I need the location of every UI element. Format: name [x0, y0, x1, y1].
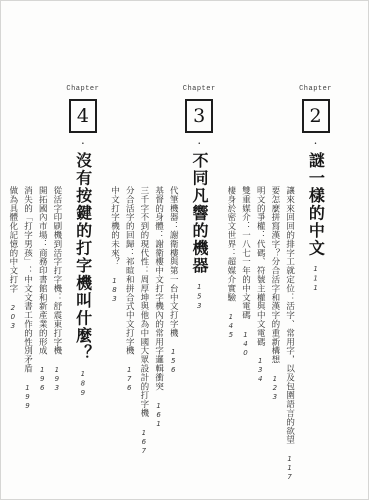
chapter-sections: 代筆機器：謝衛樓與第一台中文打字機 156 基督的身體：謝衛樓中文打字機內的常用… [109, 85, 178, 481]
toc-entry-page: 140 [242, 331, 250, 358]
toc-entry-text: 開拓國內市場：商務印書館和新產業的形成 [37, 186, 47, 355]
chapter-title-column: Chapter 3 ・ 不同凡響的機器 153 [183, 85, 216, 481]
toc-entry-page: 161 [155, 402, 163, 429]
toc-entry: 明文的爭權：代碼、符號主權與中文電碼 134 [255, 186, 265, 481]
title-bullet-icon: ・ [79, 138, 87, 149]
chapter-title-column: Chapter 4 ・ 沒有按鍵的打字機叫什麼？ 189 [66, 85, 99, 481]
toc-entry: 開拓國內市場：商務印書館和新產業的形成 196 [37, 186, 47, 481]
chapter-sections: 從活字印刷機到活字打字機：舒震東打字機 193 開拓國內市場：商務印書館和新產業… [8, 85, 62, 481]
toc-entry-page: 203 [9, 304, 17, 331]
toc-entry: 雙重媒介：一八七一年的中文電碼 140 [240, 186, 250, 481]
chapter-number-box: 2 [302, 99, 330, 133]
toc-entry-text: 中文打字機的未來？ [110, 186, 120, 266]
chapter-page-number: 189 [79, 370, 87, 399]
toc-entry-text: 代筆機器：謝衛樓與第一台中文打字機 [168, 186, 178, 337]
toc-entry-page: 193 [53, 366, 61, 393]
toc-entry-page: 123 [271, 375, 279, 402]
chapter-number: 3 [193, 107, 205, 126]
toc-entry-text: 讓來來回回的排字工就定位：活字、常用字，以及包圍語言的欲望 [285, 186, 295, 444]
toc-entry-text: 從活字印刷機到活字打字機：舒震東打字機 [52, 186, 62, 355]
chapter-page-number: 111 [312, 265, 320, 294]
chapter-group-2: Chapter 2 ・ 謎一樣的中文 111 讓來來回回的排字工就定位：活字、常… [226, 85, 332, 481]
chapter-number-box: 4 [69, 99, 97, 133]
chapter-title: 沒有按鍵的打字機叫什麼？ [74, 152, 92, 362]
toc-entry-page: 117 [286, 455, 294, 482]
toc-entry: 做為具體化記憶的中文打字 203 [8, 186, 18, 481]
chapter-label: Chapter [299, 85, 332, 93]
toc-entry-text: 棲身於密文世界：超媒介實驗 [226, 186, 236, 302]
toc-entry-text: 做為具體化記憶的中文打字 [8, 186, 18, 293]
chapter-label: Chapter [66, 85, 99, 93]
toc-entry-text: 基督的身體：謝衛樓中文打字機內的常用字邏輯衝突 [154, 186, 164, 391]
toc-entry: 要怎麼拼寫漢字？分合活字和漢字的重新構想 123 [270, 186, 280, 481]
toc-entry-page: 199 [24, 384, 32, 411]
chapter-page-number: 153 [195, 283, 203, 312]
toc-entry-page: 196 [38, 366, 46, 393]
toc-entry-page: 176 [125, 366, 133, 393]
toc-entry: 讓來來回回的排字工就定位：活字、常用字，以及包圍語言的欲望 117 [284, 186, 294, 481]
toc-entry-text: 明文的爭權：代碼、符號主權與中文電碼 [255, 186, 265, 346]
toc-page: Chapter 2 ・ 謎一樣的中文 111 讓來來回回的排字工就定位：活字、常… [0, 0, 369, 500]
chapter-title-column: Chapter 2 ・ 謎一樣的中文 111 [299, 85, 332, 481]
toc-entry-page: 183 [111, 277, 119, 304]
chapter-group-4: Chapter 4 ・ 沒有按鍵的打字機叫什麼？ 189 從活字印刷機到活字打字… [8, 85, 100, 481]
toc-entry: 消失的「打字男孩」：中文文書工作的性別矛盾 199 [22, 186, 32, 481]
toc-entry-page: 167 [140, 429, 148, 456]
toc-entry-page: 156 [169, 348, 177, 375]
chapter-number-box: 3 [185, 99, 213, 133]
toc-entry-page: 145 [227, 313, 235, 340]
toc-entry-text: 消失的「打字男孩」：中文文書工作的性別矛盾 [23, 186, 33, 373]
toc-entry-text: 三千字不到的現代性：周厚坤與他為中國大眾設計的打字機 [139, 186, 149, 417]
title-bullet-icon: ・ [195, 138, 203, 149]
chapter-label: Chapter [183, 85, 216, 93]
chapter-title: 不同凡響的機器 [190, 152, 208, 275]
toc-entry-text: 雙重媒介：一八七一年的中文電碼 [241, 186, 251, 320]
chapter-title: 謎一樣的中文 [307, 152, 325, 257]
toc-entry-page: 134 [256, 357, 264, 384]
toc-entry: 從活字印刷機到活字打字機：舒震東打字機 193 [52, 186, 62, 481]
toc-entry-text: 分合活字的回歸：祁暄和拼合式中文打字機 [124, 186, 134, 355]
toc-entry: 三千字不到的現代性：周厚坤與他為中國大眾設計的打字機 167 [139, 186, 149, 481]
toc-entry: 棲身於密文世界：超媒介實驗 145 [226, 186, 236, 481]
chapter-number: 4 [77, 107, 89, 126]
toc-entry: 基督的身體：謝衛樓中文打字機內的常用字邏輯衝突 161 [153, 186, 163, 481]
title-bullet-icon: ・ [312, 138, 320, 149]
chapter-number: 2 [310, 107, 322, 126]
toc-entry: 分合活字的回歸：祁暄和拼合式中文打字機 176 [124, 186, 134, 481]
chapter-group-3: Chapter 3 ・ 不同凡響的機器 153 代筆機器：謝衛樓與第一台中文打字… [109, 85, 215, 481]
chapter-sections: 讓來來回回的排字工就定位：活字、常用字，以及包圍語言的欲望 117 要怎麼拼寫漢… [226, 85, 295, 481]
toc-entry-text: 要怎麼拼寫漢字？分合活字和漢字的重新構想 [270, 186, 280, 364]
toc-entry: 中文打字機的未來？ 183 [109, 186, 119, 481]
toc-entry: 代筆機器：謝衛樓與第一台中文打字機 156 [168, 186, 178, 481]
